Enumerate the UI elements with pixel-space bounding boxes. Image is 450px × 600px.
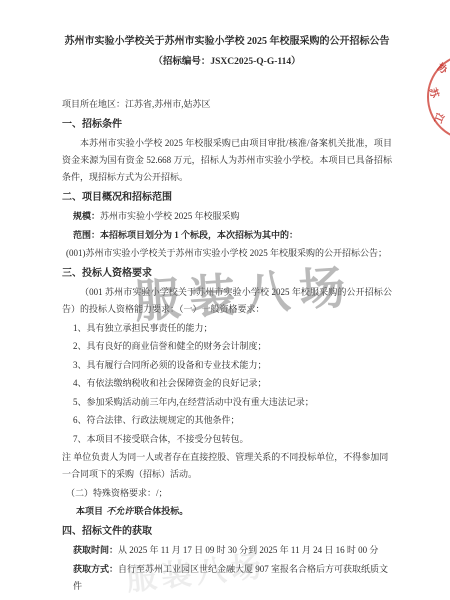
stamp-character-2: 苏 xyxy=(426,85,443,99)
bid-number: （招标编号：JSXC2025-Q-G-114） xyxy=(62,52,392,72)
scale-value: 苏州市实验小学校 2025 年校服采购 xyxy=(100,211,240,221)
scope-label: 范围： xyxy=(73,230,100,240)
special-qualification-line: （二）特殊资格要求：/； xyxy=(62,485,392,502)
obtain-time-value: 从 2025 年 11 月 17 日 09 时 30 分到 2025 年 11 … xyxy=(118,545,378,555)
obtain-method-value: 自行至苏州工业园区世纪金融大厦 907 室报名合格后方可获取纸质文件 xyxy=(73,564,388,591)
qualification-item-1: 1、具有独立承担民事责任的能力； xyxy=(62,320,392,337)
qualification-item-6: 6、符合法律、行政法规规定的其他条件； xyxy=(62,412,392,429)
section1-paragraph: 本苏州市实验小学校 2025 年校服采购已由项目审批/核准/备案机关批准，项目资… xyxy=(62,135,392,186)
joint-bid-prefix: 本项目 xyxy=(76,506,105,516)
section1-heading: 一、招标条件 xyxy=(62,116,392,133)
joint-bid-line: 本项目 不允许联合体投标。 xyxy=(62,503,392,520)
scale-line: 规模：苏州市实验小学校 2025 年校服采购 xyxy=(62,208,392,225)
note-line: 注 单位负责人为同一人或者存在直接控股、管理关系的不同投标单位，不得参加同一合同… xyxy=(62,449,392,483)
obtain-time-line: 获取时间：从 2025 年 11 月 17 日 09 时 30 分到 2025 … xyxy=(62,542,392,559)
qualification-item-3: 3、具有履行合同所必须的设备和专业技术能力； xyxy=(62,357,392,374)
joint-bid-suffix: 联合体投标。 xyxy=(134,506,188,516)
scope-value: 本招标项目划分为 1 个标段，本次招标为其中的： xyxy=(100,230,298,240)
scope-line: 范围：本招标项目划分为 1 个标段，本次招标为其中的： xyxy=(62,227,392,244)
document-title: 苏州市实验小学校关于苏州市实验小学校 2025 年校服采购的公开招标公告 xyxy=(62,32,392,52)
obtain-method-line: 获取方式：自行至苏州工业园区世纪金融大厦 907 室报名合格后方可获取纸质文件 xyxy=(62,561,392,595)
qualification-item-4: 4、有依法缴纳税收和社会保障资金的良好记录； xyxy=(62,375,392,392)
qualification-item-7: 7、本项目不接受联合体，不接受分包转包。 xyxy=(62,431,392,448)
document-page: 苏州市实验小学校关于苏州市实验小学校 2025 年校服采购的公开招标公告 （招标… xyxy=(0,0,450,600)
red-seal-stamp: 协 苏 江 xyxy=(427,53,450,141)
stamp-character-3: 江 xyxy=(431,111,449,126)
lot-line: (001)苏州市实验小学校关于苏州市实验小学校 2025 年校服采购的公开招标公… xyxy=(62,245,392,262)
document-content: 苏州市实验小学校关于苏州市实验小学校 2025 年校服采购的公开招标公告 （招标… xyxy=(62,32,392,596)
stamp-character-1: 协 xyxy=(434,59,450,77)
obtain-time-label: 获取时间： xyxy=(73,545,118,555)
project-location-line: 项目所在地区：江苏省,苏州市,姑苏区 xyxy=(62,96,392,113)
joint-bid-italic: 不允许 xyxy=(105,506,134,516)
qualification-intro: （001 苏州市实验小学校关于苏州市实验小学校 2025 年校服采购的公开招标公… xyxy=(62,284,392,318)
obtain-method-label: 获取方式： xyxy=(73,564,118,574)
section4-heading: 四、招标文件的获取 xyxy=(62,523,392,540)
qualification-item-5: 5、参加采购活动前三年内,在经营活动中没有重大违法记录； xyxy=(62,394,392,411)
section2-heading: 二、项目概况和招标范围 xyxy=(62,189,392,206)
scale-label: 规模： xyxy=(73,211,100,221)
qualification-item-2: 2、具有良好的商业信誉和健全的财务会计制度； xyxy=(62,338,392,355)
section3-heading: 三、投标人资格要求 xyxy=(62,265,392,282)
